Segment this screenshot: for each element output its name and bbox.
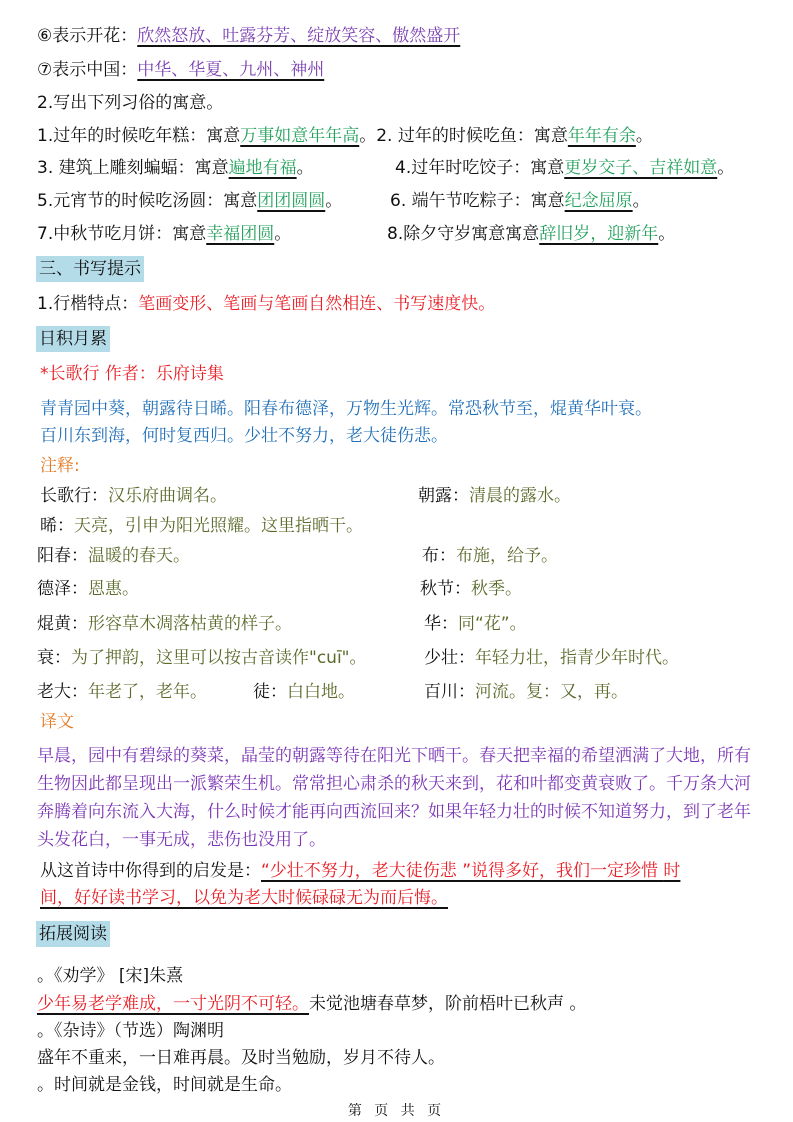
note-item: 长歌行：汉乐府曲调名。 bbox=[40, 485, 227, 507]
vocab-answer: 欣然怒放、吐露芬芳、绽放笑容、傲然盛开 bbox=[137, 26, 460, 46]
custom-answer: 幸福团圆 bbox=[206, 224, 274, 244]
custom-item-7: 7.中秋节吃月饼：寓意幸福团圆。 bbox=[37, 223, 291, 245]
custom-label: 1.过年的时候吃年糕：寓意 bbox=[37, 126, 240, 146]
custom-label: 3. 建筑上雕刻蝙蝠：寓意 bbox=[37, 158, 229, 178]
custom-label: 7.中秋节吃月饼：寓意 bbox=[37, 224, 206, 244]
extended-line-4: 盛年不重来，一日难再晨。及时当勉励，岁月不待人。 bbox=[37, 1047, 445, 1069]
custom-end: 。 bbox=[325, 191, 342, 211]
custom-item-5: 5.元宵节的时候吃汤圆：寓意团团圆圆。 bbox=[37, 190, 342, 212]
custom-answer: 万事如意年年高 bbox=[240, 126, 359, 146]
extended-highlight: 少年易老学难成，一寸光阴不可轻。 bbox=[37, 994, 309, 1014]
note-item: 少壮：年轻力壮，指青少年时代。 bbox=[424, 647, 679, 669]
note-term: 徒： bbox=[253, 682, 287, 702]
custom-answer: 更岁交子、吉祥如意 bbox=[564, 158, 717, 178]
custom-item-4: 4.过年时吃饺子：寓意更岁交子、吉祥如意。 bbox=[395, 157, 734, 179]
custom-label: 5.元宵节的时候吃汤圆：寓意 bbox=[37, 191, 257, 211]
note-term: 焜黄： bbox=[37, 614, 88, 634]
custom-item-8: 8.除夕守岁寓意寓意辞旧岁，迎新年。 bbox=[387, 223, 675, 245]
custom-item-3: 3. 建筑上雕刻蝙蝠：寓意遍地有福。 bbox=[37, 157, 314, 179]
custom-end: 。 bbox=[633, 191, 650, 211]
note-item: 布：布施，给予。 bbox=[422, 545, 558, 567]
custom-end: 。 bbox=[359, 126, 376, 146]
inspiration-label: 从这首诗中你得到的启发是： bbox=[40, 861, 261, 881]
note-def: 恩惠。 bbox=[88, 579, 139, 599]
note-item: 朝露：清晨的露水。 bbox=[418, 485, 571, 507]
note-item: 百川：河流。复：又，再。 bbox=[424, 681, 628, 703]
inspiration-line-1: 从这首诗中你得到的启发是：“少壮不努力，老大徒伤悲 ”说得多好，我们一定珍惜 时 bbox=[40, 860, 680, 882]
vocab-answer: 中华、华夏、九州、神州 bbox=[137, 60, 324, 80]
note-def: 布施，给予。 bbox=[456, 546, 558, 566]
section-heading-extended: 拓展阅读 bbox=[36, 921, 110, 947]
custom-end: 。 bbox=[274, 224, 291, 244]
note-def: 温暖的春天。 bbox=[88, 546, 190, 566]
note-term: 阳春： bbox=[37, 546, 88, 566]
note-def: 天亮，引申为阳光照耀。这里指晒干。 bbox=[74, 516, 363, 536]
note-def: 汉乐府曲调名。 bbox=[108, 486, 227, 506]
poem-title: *长歌行 作者：乐府诗集 bbox=[40, 363, 224, 385]
translation-heading: 译文 bbox=[40, 711, 74, 733]
custom-label: 6. 端午节吃粽子：寓意 bbox=[390, 191, 565, 211]
vocab-label: ⑥表示开花： bbox=[37, 26, 137, 46]
note-def: 形容草木凋落枯黄的样子。 bbox=[88, 614, 292, 634]
note-item: 德泽：恩惠。 bbox=[37, 578, 139, 600]
note-item: 晞：天亮，引申为阳光照耀。这里指晒干。 bbox=[40, 515, 363, 537]
note-term: 长歌行： bbox=[40, 486, 108, 506]
note-item: 老大：年老了，老年。 bbox=[37, 681, 207, 703]
custom-item-6: 6. 端午节吃粽子：寓意纪念屈原。 bbox=[390, 190, 650, 212]
note-def: 白白地。 bbox=[287, 682, 355, 702]
inspiration-answer: “少壮不努力，老大徒伤悲 ”说得多好，我们一定珍惜 bbox=[261, 861, 663, 881]
writing-item: 1.行楷特点：笔画变形、笔画与笔画自然相连、书写速度快。 bbox=[37, 293, 495, 315]
customs-question: 2.写出下列习俗的寓意。 bbox=[37, 92, 223, 114]
note-term: 德泽： bbox=[37, 579, 88, 599]
custom-label: 2. 过年的时候吃鱼：寓意 bbox=[376, 126, 568, 146]
custom-item-1: 1.过年的时候吃年糕：寓意万事如意年年高。2. 过年的时候吃鱼：寓意年年有余。 bbox=[37, 125, 653, 147]
note-item: 焜黄：形容草木凋落枯黄的样子。 bbox=[37, 613, 292, 635]
custom-label: 8.除夕守岁寓意寓意 bbox=[387, 224, 539, 244]
note-def: 秋季。 bbox=[471, 579, 522, 599]
custom-answer: 遍地有福 bbox=[229, 158, 297, 178]
extended-line-5: 。时间就是金钱，时间就是生命。 bbox=[37, 1074, 292, 1096]
translation-text: 早晨，园中有碧绿的葵菜，晶莹的朝露等待在阳光下晒干。春天把幸福的希望洒满了大地，… bbox=[37, 742, 762, 854]
vocab-item-7: ⑦表示中国：中华、华夏、九州、神州 bbox=[37, 59, 324, 81]
note-term: 华： bbox=[424, 614, 458, 634]
poem-line-1: 青青园中葵，朝露待日晞。阳春布德泽，万物生光辉。常恐秋节至，焜黄华叶衰。 bbox=[40, 398, 652, 420]
custom-answer: 年年有余 bbox=[568, 126, 636, 146]
note-term: 老大： bbox=[37, 682, 88, 702]
note-term: 秋节： bbox=[420, 579, 471, 599]
notes-heading: 注释: bbox=[40, 455, 80, 477]
inspiration-line-2: 间，好好读书学习，以免为老大时候碌碌无为而后悔。 bbox=[40, 887, 448, 909]
vocab-item-6: ⑥表示开花：欣然怒放、吐露芬芳、绽放笑容、傲然盛开 bbox=[37, 25, 460, 47]
poem-line-2: 百川东到海，何时复西归。少壮不努力，老大徒伤悲。 bbox=[40, 425, 448, 447]
inspiration-answer: 时 bbox=[663, 861, 680, 881]
note-term: 晞： bbox=[40, 516, 74, 536]
note-item: 华：同“花”。 bbox=[424, 613, 527, 635]
page-footer: 第 页 共 页 bbox=[0, 1100, 793, 1120]
custom-label: 4.过年时吃饺子：寓意 bbox=[395, 158, 564, 178]
custom-answer: 团团圆圆 bbox=[257, 191, 325, 211]
note-term: 布： bbox=[422, 546, 456, 566]
writing-answer: 笔画变形、笔画与笔画自然相连、书写速度快。 bbox=[138, 294, 495, 314]
extended-line-2: 少年易老学难成，一寸光阴不可轻。未觉池塘春草梦，阶前梧叶已秋声 。 bbox=[37, 993, 586, 1015]
section-heading-writing: 三、书写提示 bbox=[36, 256, 144, 282]
custom-end: 。 bbox=[297, 158, 314, 178]
note-def: 年轻力壮，指青少年时代。 bbox=[475, 648, 679, 668]
note-item: 秋节：秋季。 bbox=[420, 578, 522, 600]
extended-line-3: 。《杂诗》（节选）陶渊明 bbox=[37, 1020, 224, 1042]
vocab-label: ⑦表示中国： bbox=[37, 60, 137, 80]
custom-answer: 辞旧岁，迎新年 bbox=[539, 224, 658, 244]
note-def: 清晨的露水。 bbox=[469, 486, 571, 506]
custom-end: 。 bbox=[658, 224, 675, 244]
custom-end: 。 bbox=[636, 126, 653, 146]
note-def: 同“花”。 bbox=[458, 614, 527, 634]
note-def: 年老了，老年。 bbox=[88, 682, 207, 702]
note-term: 衰： bbox=[37, 648, 71, 668]
custom-answer: 纪念屈原 bbox=[565, 191, 633, 211]
note-term: 朝露： bbox=[418, 486, 469, 506]
writing-label: 1.行楷特点： bbox=[37, 294, 138, 314]
section-heading-accumulation: 日积月累 bbox=[36, 326, 110, 352]
extended-text: 未觉池塘春草梦，阶前梧叶已秋声 。 bbox=[309, 994, 586, 1014]
note-item: 衰：为了押韵，这里可以按古音读作"cuī"。 bbox=[37, 647, 366, 669]
note-def: 河流。复：又，再。 bbox=[475, 682, 628, 702]
note-term: 少壮： bbox=[424, 648, 475, 668]
extended-line-1: 。《劝学》 [宋]朱熹 bbox=[37, 965, 183, 987]
note-item: 徒：白白地。 bbox=[253, 681, 355, 703]
custom-end: 。 bbox=[717, 158, 734, 178]
note-item: 阳春：温暖的春天。 bbox=[37, 545, 190, 567]
note-term: 百川： bbox=[424, 682, 475, 702]
note-def: 为了押韵，这里可以按古音读作"cuī"。 bbox=[71, 648, 366, 668]
